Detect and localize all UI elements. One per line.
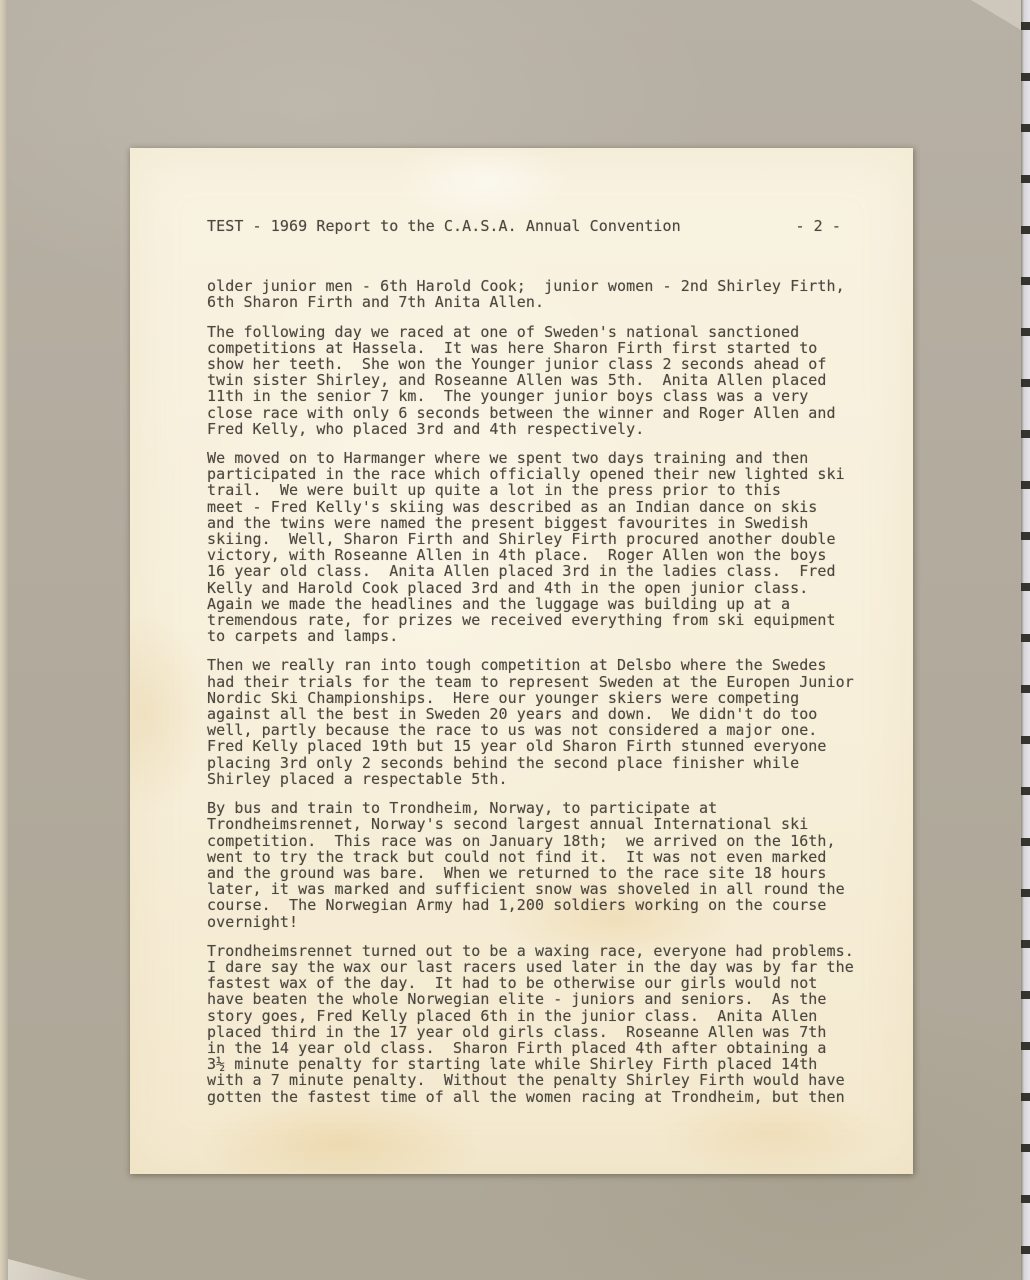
mat-left-cut-edge (0, 0, 8, 1280)
mat-corner-fold (8, 1252, 88, 1280)
typewritten-page: TEST - 1969 Report to the C.A.S.A. Annua… (130, 148, 913, 1174)
paragraph-hassela-race: The following day we raced at one of Swe… (207, 324, 867, 437)
paragraph-trondheimsrennet-results: Trondheimsrennet turned out to be a waxi… (207, 943, 867, 1105)
report-title: TEST - 1969 Report to the C.A.S.A. Annua… (207, 218, 681, 234)
typed-text-block: TEST - 1969 Report to the C.A.S.A. Annua… (207, 218, 867, 1105)
paragraph-delsbo-race: Then we really ran into tough competitio… (207, 657, 867, 787)
paragraph-harmanger-race: We moved on to Harmanger where we spent … (207, 450, 867, 644)
paragraph-trondheim-travel: By bus and train to Trondheim, Norway, t… (207, 800, 867, 930)
page-number: - 2 - (795, 218, 841, 234)
album-binding-edge (1021, 0, 1030, 1280)
page-header: TEST - 1969 Report to the C.A.S.A. Annua… (207, 218, 867, 234)
paragraph-results-summary: older junior men - 6th Harold Cook; juni… (207, 278, 867, 310)
album-mat-board: TEST - 1969 Report to the C.A.S.A. Annua… (0, 0, 1030, 1280)
mat-top-right-crease (957, 0, 1021, 30)
